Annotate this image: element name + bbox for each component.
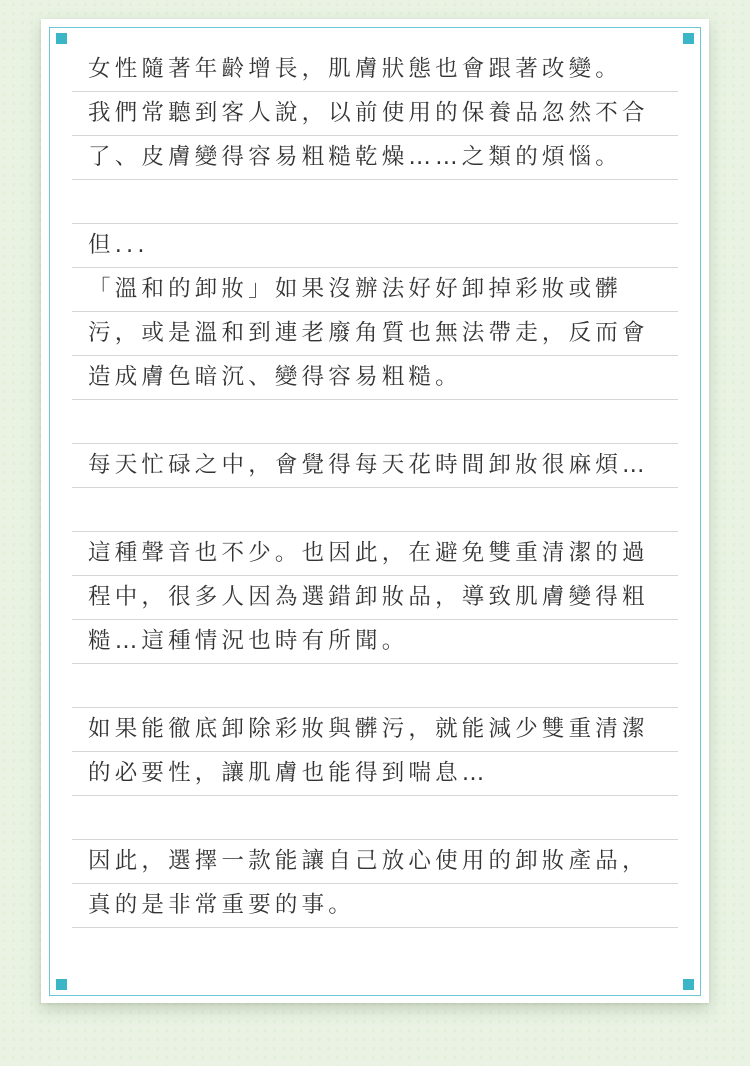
blank-line bbox=[72, 488, 678, 532]
line-text: 程中，很多人因為選錯卸妝品，導致肌膚變得粗 bbox=[88, 586, 649, 609]
text-line: 糙…這種情況也時有所聞。 bbox=[72, 620, 678, 664]
article-card: 女性隨著年齡增長，肌膚狀態也會跟著改變。 我們常聽到客人說，以前使用的保養品忽然… bbox=[41, 19, 709, 1003]
line-text: 真的是非常重要的事。 bbox=[88, 894, 355, 917]
line-text: 「溫和的卸妝」如果沒辦法好好卸掉彩妝或髒 bbox=[88, 278, 622, 301]
text-line: 如果能徹底卸除彩妝與髒污，就能減少雙重清潔 bbox=[72, 708, 678, 752]
text-line: 每天忙碌之中，會覺得每天花時間卸妝很麻煩… bbox=[72, 444, 678, 488]
line-text: 這種聲音也不少。也因此，在避免雙重清潔的過 bbox=[88, 542, 649, 565]
text-line: 造成膚色暗沉、變得容易粗糙。 bbox=[72, 356, 678, 400]
line-text: 女性隨著年齡增長，肌膚狀態也會跟著改變。 bbox=[88, 58, 622, 81]
ruled-text-body: 女性隨著年齡增長，肌膚狀態也會跟著改變。 我們常聽到客人說，以前使用的保養品忽然… bbox=[72, 48, 678, 928]
line-text: 如果能徹底卸除彩妝與髒污，就能減少雙重清潔 bbox=[88, 718, 649, 741]
text-line: 程中，很多人因為選錯卸妝品，導致肌膚變得粗 bbox=[72, 576, 678, 620]
text-line: 了、皮膚變得容易粗糙乾燥……之類的煩惱。 bbox=[72, 136, 678, 180]
text-line: 女性隨著年齡增長，肌膚狀態也會跟著改變。 bbox=[72, 48, 678, 92]
line-text: 每天忙碌之中，會覺得每天花時間卸妝很麻煩… bbox=[88, 454, 649, 477]
blank-line bbox=[72, 796, 678, 840]
blank-line bbox=[72, 400, 678, 444]
line-text: 污，或是溫和到連老廢角質也無法帶走，反而會 bbox=[88, 322, 649, 345]
line-text: 但... bbox=[88, 234, 149, 257]
corner-square-icon bbox=[683, 33, 694, 44]
blank-line bbox=[72, 180, 678, 224]
text-line: 我們常聽到客人說，以前使用的保養品忽然不合 bbox=[72, 92, 678, 136]
text-line: 的必要性，讓肌膚也能得到喘息… bbox=[72, 752, 678, 796]
line-text: 的必要性，讓肌膚也能得到喘息… bbox=[88, 762, 489, 785]
text-line: 「溫和的卸妝」如果沒辦法好好卸掉彩妝或髒 bbox=[72, 268, 678, 312]
blank-line bbox=[72, 664, 678, 708]
line-text: 我們常聽到客人說，以前使用的保養品忽然不合 bbox=[88, 102, 649, 125]
text-line: 污，或是溫和到連老廢角質也無法帶走，反而會 bbox=[72, 312, 678, 356]
line-text: 糙…這種情況也時有所聞。 bbox=[88, 630, 408, 653]
text-line: 這種聲音也不少。也因此，在避免雙重清潔的過 bbox=[72, 532, 678, 576]
corner-square-icon bbox=[683, 979, 694, 990]
line-text: 因此，選擇一款能讓自己放心使用的卸妝產品， bbox=[88, 850, 649, 873]
text-line: 但... bbox=[72, 224, 678, 268]
corner-square-icon bbox=[56, 33, 67, 44]
corner-square-icon bbox=[56, 979, 67, 990]
line-text: 造成膚色暗沉、變得容易粗糙。 bbox=[88, 366, 462, 389]
line-text: 了、皮膚變得容易粗糙乾燥……之類的煩惱。 bbox=[88, 146, 622, 169]
text-line: 因此，選擇一款能讓自己放心使用的卸妝產品， bbox=[72, 840, 678, 884]
text-line: 真的是非常重要的事。 bbox=[72, 884, 678, 928]
